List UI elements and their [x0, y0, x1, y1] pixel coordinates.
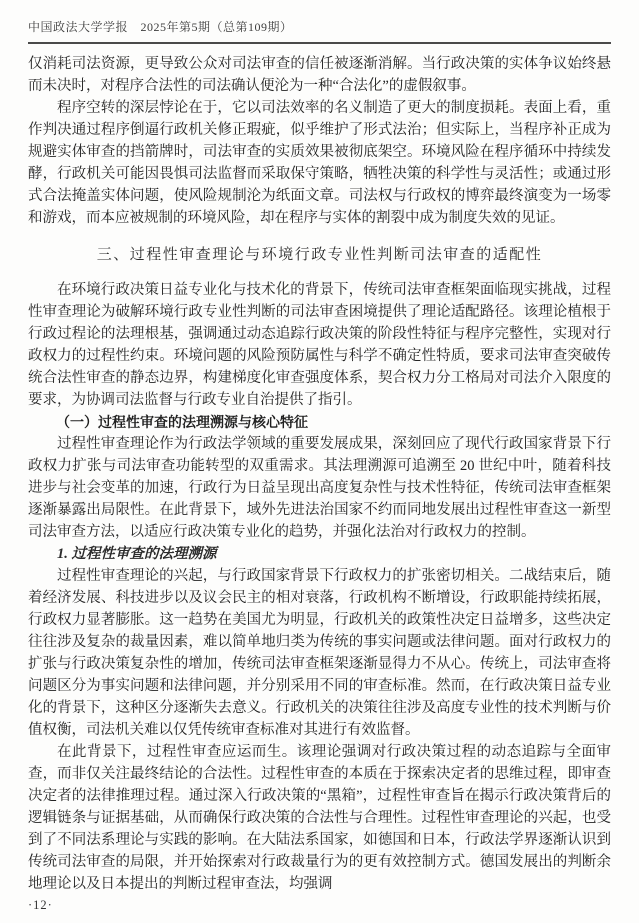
journal-header-text: 中国政法大学学报 2025年第5期（总第109期） [28, 14, 611, 35]
paragraph-blackbox: 在此背景下，过程性审查应运而生。该理论强调对行政决策过程的动态追踪与全面审查，而… [28, 741, 611, 895]
paragraph-rise: 过程性审查理论的兴起，与行政国家背景下行政权力的扩张密切相关。二战结束后，随着经… [28, 565, 611, 741]
paragraph-adaptability: 在环境行政决策日益专业化与技术化的背景下，传统司法审查框架面临现实挑战，过程性审… [28, 279, 611, 411]
article-body: 仅消耗司法资源，更导致公众对司法审查的信任被逐渐消解。当行政决策的实体争议始终悬… [28, 53, 611, 895]
paragraph-continuation: 仅消耗司法资源，更导致公众对司法审查的信任被逐渐消解。当行政决策的实体争议始终悬… [28, 53, 611, 97]
paragraph-idle-loop: 程序空转的深层悖论在于，它以司法效率的名义制造了更大的制度损耗。表面上看，重作判… [28, 97, 611, 229]
paragraph-origin-intro: 过程性审查理论作为行政法学领域的重要发展成果，深刻回应了现代行政国家背景下行政权… [28, 433, 611, 543]
page-number: ·12· [28, 898, 53, 913]
section-heading: 三、过程性审查理论与环境行政专业性判断司法审查的适配性 [28, 244, 611, 266]
subsection-heading-numbered: 1. 过程性审查的法理溯源 [28, 543, 611, 565]
header-rule [28, 42, 611, 44]
journal-page: 中国政法大学学报 2025年第5期（总第109期） 仅消耗司法资源，更导致公众对… [0, 0, 639, 923]
subsection-heading-one: （一）过程性审查的法理溯源与核心特征 [28, 411, 611, 433]
page-header: 中国政法大学学报 2025年第5期（总第109期） [28, 14, 611, 44]
